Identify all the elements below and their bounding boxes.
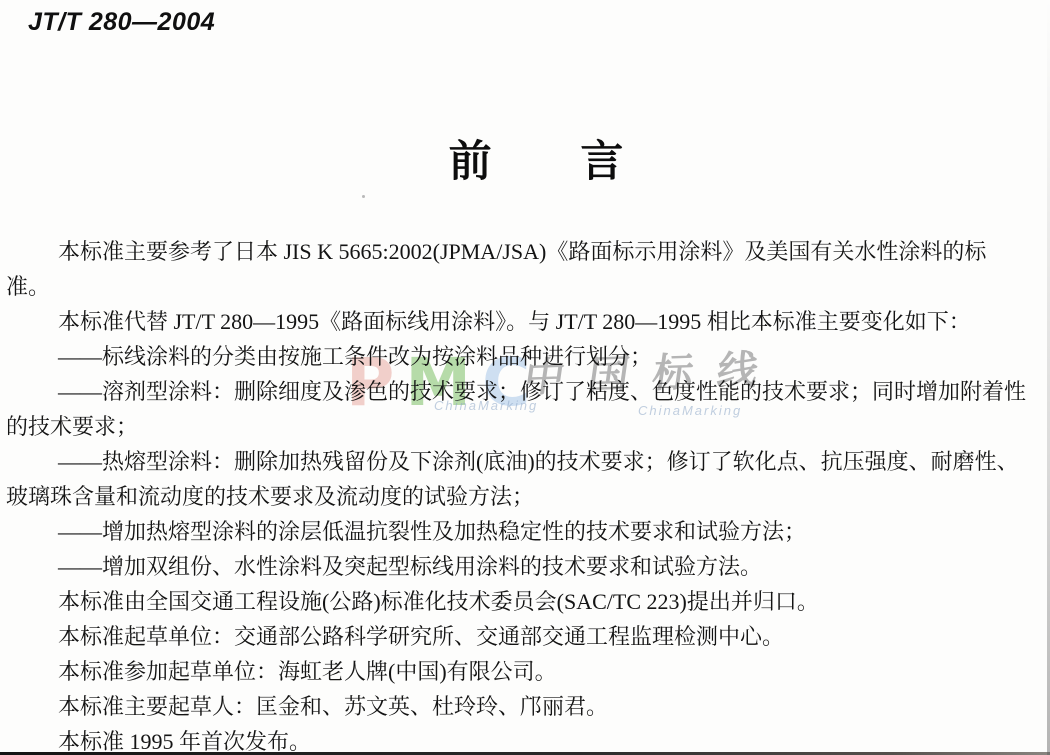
text-line: ——标线涂料的分类由按施工条件改为按涂料品种进行划分； [6, 339, 1046, 374]
text-line: 本标准起草单位：交通部公路科学研究所、交通部交通工程监理检测中心。 [6, 619, 1046, 654]
standard-number: JT/T 280—2004 [28, 8, 215, 37]
text-line: 本标准主要参考了日本 JIS K 5665:2002(JPMA/JSA)《路面标… [6, 234, 1046, 269]
text-line: 玻璃珠含量和流动度的技术要求及流动度的试验方法； [6, 479, 1046, 514]
scan-speck [362, 195, 365, 198]
text-line: ——热熔型涂料：删除加热残留份及下涂剂(底油)的技术要求；修订了软化点、抗压强度… [6, 444, 1046, 479]
text-line: ——溶剂型涂料：删除细度及渗色的技术要求；修订了粘度、色度性能的技术要求；同时增… [6, 374, 1046, 409]
text-line: 本标准由全国交通工程设施(公路)标准化技术委员会(SAC/TC 223)提出并归… [6, 584, 1046, 619]
scanned-standard-page: JT/T 280—2004 前 言 P M C 中国标线 ChinaMarkin… [0, 0, 1050, 755]
foreword-title-char-1: 前 [449, 128, 492, 189]
text-line: 本标准参加起草单位：海虹老人牌(中国)有限公司。 [6, 654, 1046, 689]
text-line: 的技术要求； [6, 409, 1046, 444]
text-line: 本标准主要起草人：匡金和、苏文英、杜玲玲、邝丽君。 [6, 689, 1046, 724]
text-line: ——增加热熔型涂料的涂层低温抗裂性及加热稳定性的技术要求和试验方法； [6, 514, 1046, 549]
text-line: ——增加双组份、水性涂料及突起型标线用涂料的技术要求和试验方法。 [6, 549, 1046, 584]
foreword-title-char-2: 言 [580, 128, 623, 189]
text-line: 准。 [6, 269, 1046, 304]
foreword-body: 本标准主要参考了日本 JIS K 5665:2002(JPMA/JSA)《路面标… [6, 234, 1046, 755]
foreword-title: 前 言 [0, 128, 1050, 189]
text-line: 本标准 1995 年首次发布。 [6, 724, 1046, 755]
text-line: 本标准代替 JT/T 280—1995《路面标线用涂料》。与 JT/T 280—… [6, 304, 1046, 339]
